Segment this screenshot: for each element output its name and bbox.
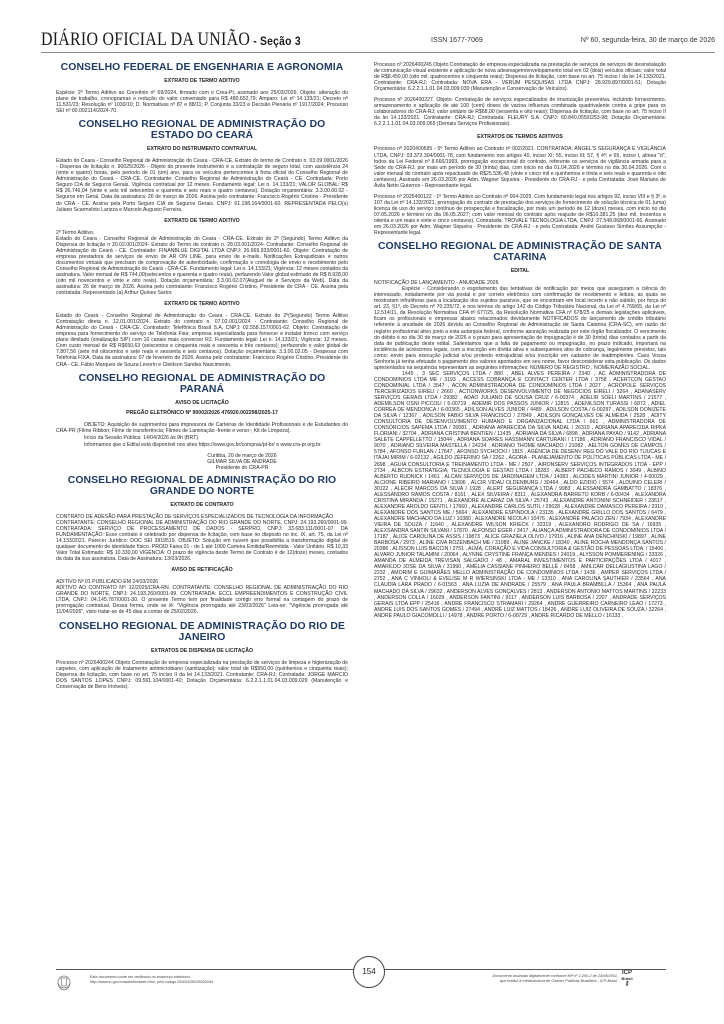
paragraph: Estado do Ceara - Conselho Regional de A…: [56, 158, 348, 212]
right-column: Processo nº 2026400245 Objeto Contrataçã…: [374, 58, 666, 624]
subheading: EXTRATO DE TERMO ADITIVO: [56, 218, 348, 225]
subheading: EXTRATO DO INSTRUMENTO CONTRATUAL: [56, 146, 348, 153]
org-heading-parana: CONSELHO REGIONAL DE ADMINISTRAÇÃO DO PA…: [56, 373, 348, 395]
paragraph: Estado do Ceará - Conselho Regional de A…: [56, 313, 348, 367]
paragraph: Estado do Ceara - Conselho Regional de A…: [56, 236, 348, 296]
verification-line-2: http://www.in.gov.br/autenticidade.html,…: [90, 980, 213, 985]
org-heading-ceara: CONSELHO REGIONAL DE ADMINISTRAÇÃO DO ES…: [56, 119, 348, 141]
org-heading-sc: CONSELHO REGIONAL DE ADMINISTRAÇÃO DE SA…: [374, 241, 666, 263]
subheading: AVISO DE RETIFICAÇÃO: [56, 567, 348, 574]
org-heading-rj: CONSELHO REGIONAL DE ADMINISTRAÇÃO DO RI…: [56, 621, 348, 643]
section-label: - Seção 3: [250, 34, 301, 48]
paragraph: CONTRATANTE: CONSELHO REGIONAL DE ADMINI…: [56, 520, 348, 562]
publication-title: DIÁRIO OFICIAL DA UNIÃO: [41, 30, 250, 50]
org-heading-confea: CONSELHO FEDERAL DE ENGENHARIA E AGRONOM…: [56, 62, 348, 73]
paragraph: Processo nº 2020400595 - 5º Termo Aditiv…: [374, 146, 666, 188]
subheading: EXTRATO DE TERMO ADITIVO: [56, 78, 348, 85]
subheading: EXTRATO DE TERMO ADITIVO: [56, 301, 348, 308]
masthead: DIÁRIO OFICIAL DA UNIÃO - Seção 3: [41, 30, 301, 51]
signature-line-2: que institui a Infraestrutura de Chaves …: [492, 979, 618, 984]
paragraph: Processo nº 2026400245 Objeto Contrataçã…: [374, 62, 666, 92]
paragraph: Início da Sessão Pública: 14/04/2026 às …: [56, 435, 348, 441]
left-column: CONSELHO FEDERAL DE ENGENHARIA E AGRONOM…: [56, 58, 348, 695]
paragraph: Processo nº 2025400122 - 1º Termo Aditiv…: [374, 194, 666, 236]
signature-role: Presidente do CRA-PR: [136, 465, 348, 471]
subheading: EDITAL: [374, 268, 666, 275]
subheading: EXTRATO DE CONTRATO: [56, 502, 348, 509]
paragraph: Espécie: 2º Termo Aditivo ao Convênio nº…: [56, 90, 348, 114]
subheading: AVISO DE LICITAÇÃO: [56, 400, 348, 407]
subheading: EXTRATOS DE TERMOS ADITIVOS: [374, 134, 666, 141]
org-heading-rn: CONSELHO REGIONAL DE ADMINISTRAÇÃO DO RI…: [56, 475, 348, 497]
page-number: 154: [353, 956, 385, 988]
subheading: PREGÃO ELETRÔNICO Nº 90002/2026 476920.0…: [56, 410, 348, 417]
page-footer: Este documento pode ser verificado no en…: [56, 969, 666, 1000]
paragraph: ADITIVO AO CONTRATO Nº: 12/2025/CRA-RN. …: [56, 585, 348, 615]
coat-of-arms-icon: [56, 974, 72, 992]
page-header: DIÁRIO OFICIAL DA UNIÃO - Seção 3 ISSN 1…: [41, 30, 715, 53]
paragraph: Processo nº 2026400227. Objeto: Contrata…: [374, 97, 666, 127]
paragraph: Informamos que o Edital está disponível …: [56, 442, 348, 448]
signature-notice: Documento assinado digitalmente conforme…: [492, 974, 618, 984]
icp-brasil-logo-icon: ICPBrasil⚷: [620, 971, 634, 987]
issue-date: Nº 60, segunda-feira, 30 de março de 202…: [581, 37, 715, 44]
paragraph: OBJETO: Aquisição de suprimentos para im…: [56, 422, 348, 434]
issn: ISSN 1677-7069: [431, 37, 483, 44]
paragraph: Espécie - Considerando o esgotamento das…: [374, 286, 666, 371]
verification-text: Este documento pode ser verificado no en…: [90, 975, 213, 985]
paragraph: Processo nº 2026400244 Objeto Contrataçã…: [56, 660, 348, 690]
subheading: EXTRATOS DE DISPENSA DE LICITAÇÃO: [56, 648, 348, 655]
registry-list: 1445 , 3 SEC SERVIÇOS LTDA / 880 , ABEL …: [374, 371, 666, 619]
